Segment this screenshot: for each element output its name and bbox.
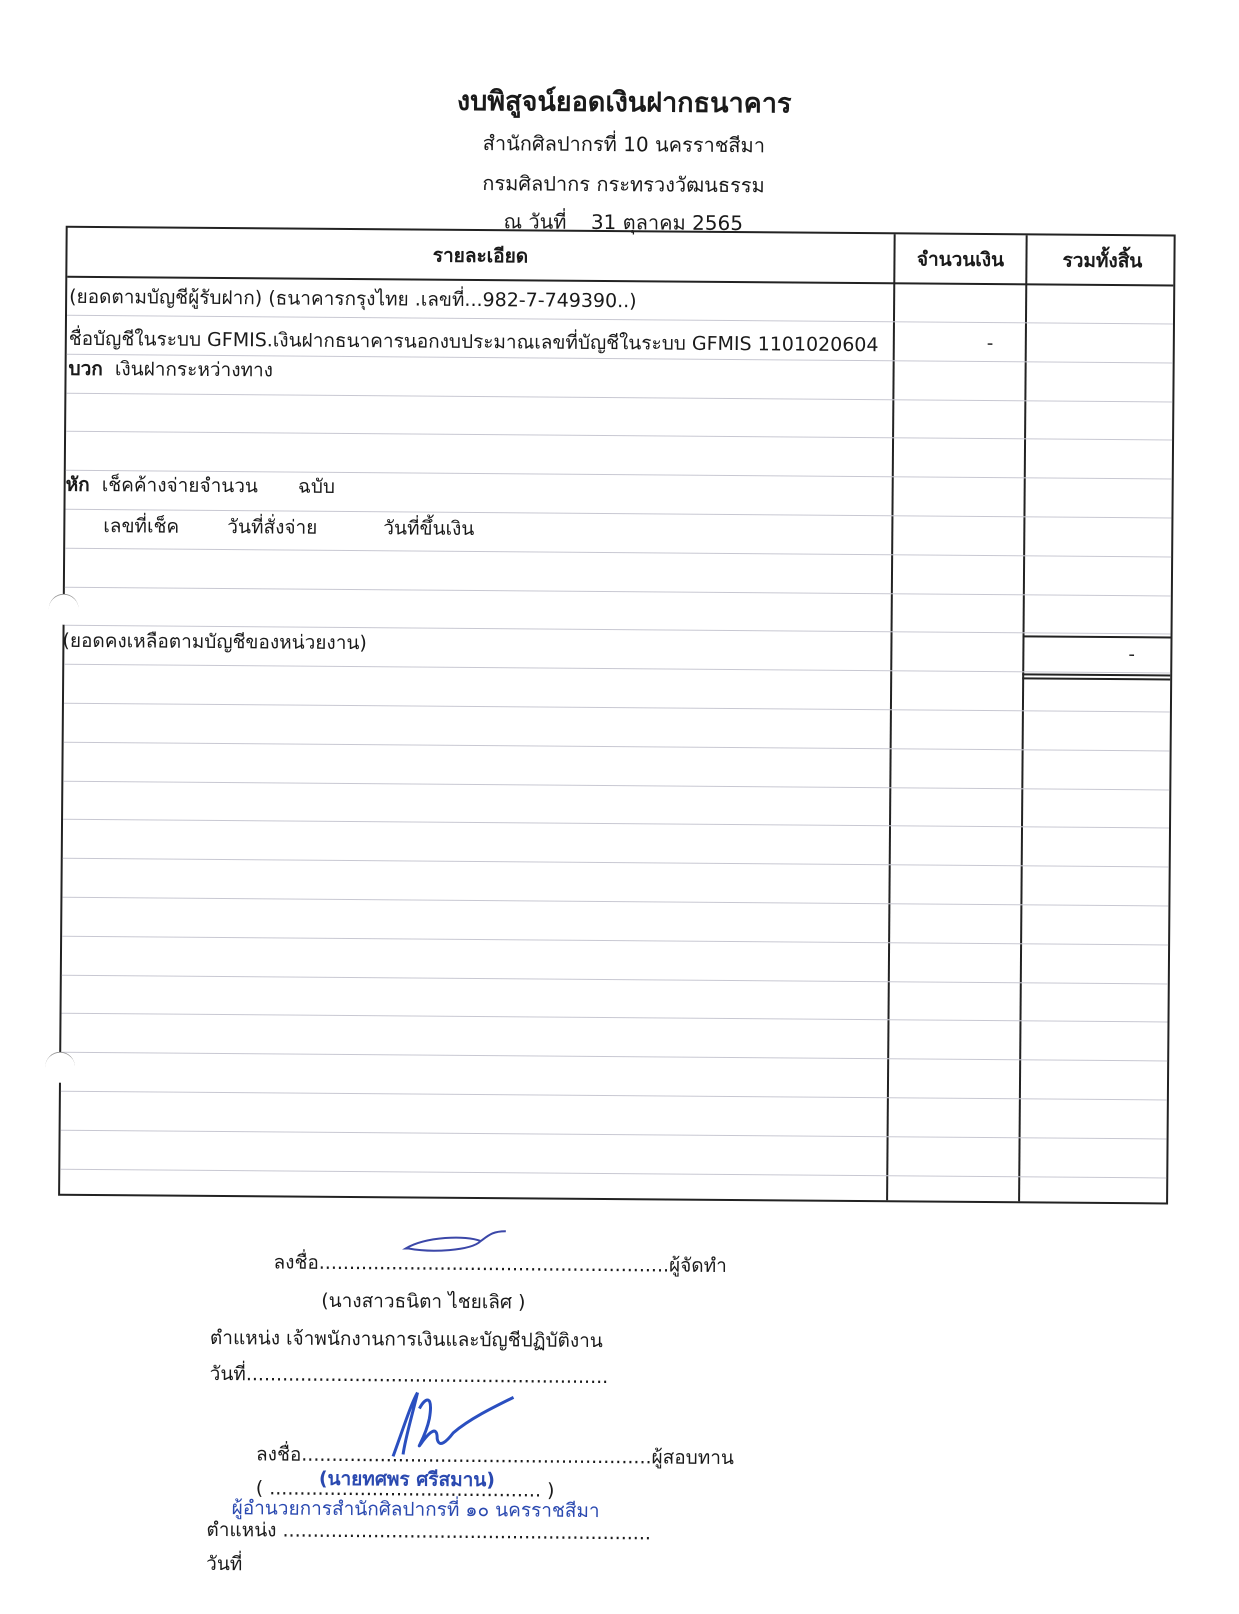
ruled-line [63, 819, 1169, 829]
less-label: หัก [66, 474, 90, 496]
ruled-line [62, 897, 1168, 907]
column-header-total: รวมทั้งสิ้น [1029, 245, 1175, 276]
column-divider [1018, 235, 1028, 1201]
ruled-line [65, 548, 1171, 558]
punch-hole [49, 594, 79, 625]
preparer-sign-line: ลงชื่อ..................................… [273, 1247, 727, 1281]
column-header-amount: จำนวนเงิน [895, 244, 1025, 275]
preparer-position: ตำแหน่ง เจ้าพนักงานการเงินและบัญชีปฏิบัต… [210, 1323, 603, 1356]
reviewer-date: วันที่ [206, 1549, 242, 1579]
add-text: เงินฝากระหว่างทาง [115, 358, 273, 381]
cash-date-label: วันที่ขึ้นเงิน [383, 513, 474, 544]
document-page: งบพิสูจน์ยอดเงินฝากธนาคาร สำนักศิลปากรที… [0, 0, 1239, 1614]
less-row: หัก เช็คค้างจ่ายจำนวน ฉบับ [66, 470, 336, 502]
ruled-line [64, 664, 1170, 674]
reconciliation-table: รายละเอียด จำนวนเงิน รวมทั้งสิ้น (ยอดตาม… [58, 226, 1176, 1205]
add-label: บวก [68, 358, 102, 380]
reviewer-position: ตำแหน่ง ................................… [206, 1515, 651, 1548]
ruled-line [61, 1052, 1167, 1062]
total-box-top [1023, 635, 1171, 638]
book-total: - [1128, 644, 1135, 665]
ruled-line [64, 742, 1170, 752]
sign-label: ลงชื่อ [256, 1443, 301, 1465]
cheque-no-label: เลขที่เช็ค [103, 511, 179, 542]
ruled-line [62, 936, 1168, 946]
bank-balance-row: (ยอดตามบัญชีผู้รับฝาก) (ธนาคารกรุงไทย .เ… [69, 282, 637, 316]
reviewer-role: ผู้สอบทาน [651, 1446, 734, 1469]
column-header-detail: รายละเอียด [67, 238, 893, 274]
ruled-line [62, 975, 1168, 985]
department-name: กรมศิลปากร กระทรวงวัฒนธรรม [4, 163, 1239, 205]
total-box-bottom [1022, 673, 1170, 676]
less-unit: ฉบับ [298, 476, 335, 498]
ruled-line [63, 781, 1169, 791]
preparer-date: วันที่..................................… [210, 1359, 609, 1392]
ruled-line [66, 431, 1172, 441]
ruled-line [65, 587, 1171, 597]
preparer-name: (นางสาวธนิตา ไชยเลิศ ) [321, 1286, 525, 1318]
gfmis-amount: - [987, 333, 994, 354]
order-date-label: วันที่สั่งจ่าย [227, 512, 317, 543]
sign-label: ลงชื่อ [273, 1251, 318, 1273]
ruled-line [64, 703, 1170, 713]
table-header: รายละเอียด จำนวนเงิน รวมทั้งสิ้น [67, 228, 1173, 287]
book-balance-row: (ยอดคงเหลือตามบัญชีของหน่วยงาน) [62, 626, 367, 658]
column-divider [886, 234, 896, 1200]
sign-dots: ........................................… [319, 1252, 669, 1277]
ruled-line [62, 1013, 1168, 1023]
ruled-line [61, 1130, 1167, 1140]
punch-hole [45, 1052, 75, 1083]
office-name: สำนักศิลปากรที่ 10 นครราชสีมา [4, 123, 1239, 165]
document-title: งบพิสูจน์ยอดเงินฝากธนาคาร [5, 75, 1239, 128]
less-text: เช็คค้างจ่ายจำนวน [102, 474, 258, 497]
ruled-line [61, 1091, 1167, 1101]
total-box-bottom-double [1022, 677, 1170, 680]
ruled-line [66, 393, 1172, 403]
ruled-line [67, 315, 1173, 325]
add-row: บวก เงินฝากระหว่างทาง [68, 354, 273, 386]
ruled-line [60, 1169, 1166, 1179]
reviewer-stamp-name: (นายทศพร ศรีสมาน) [319, 1464, 495, 1495]
ruled-line [63, 858, 1169, 868]
preparer-role: ผู้จัดทำ [669, 1255, 727, 1277]
